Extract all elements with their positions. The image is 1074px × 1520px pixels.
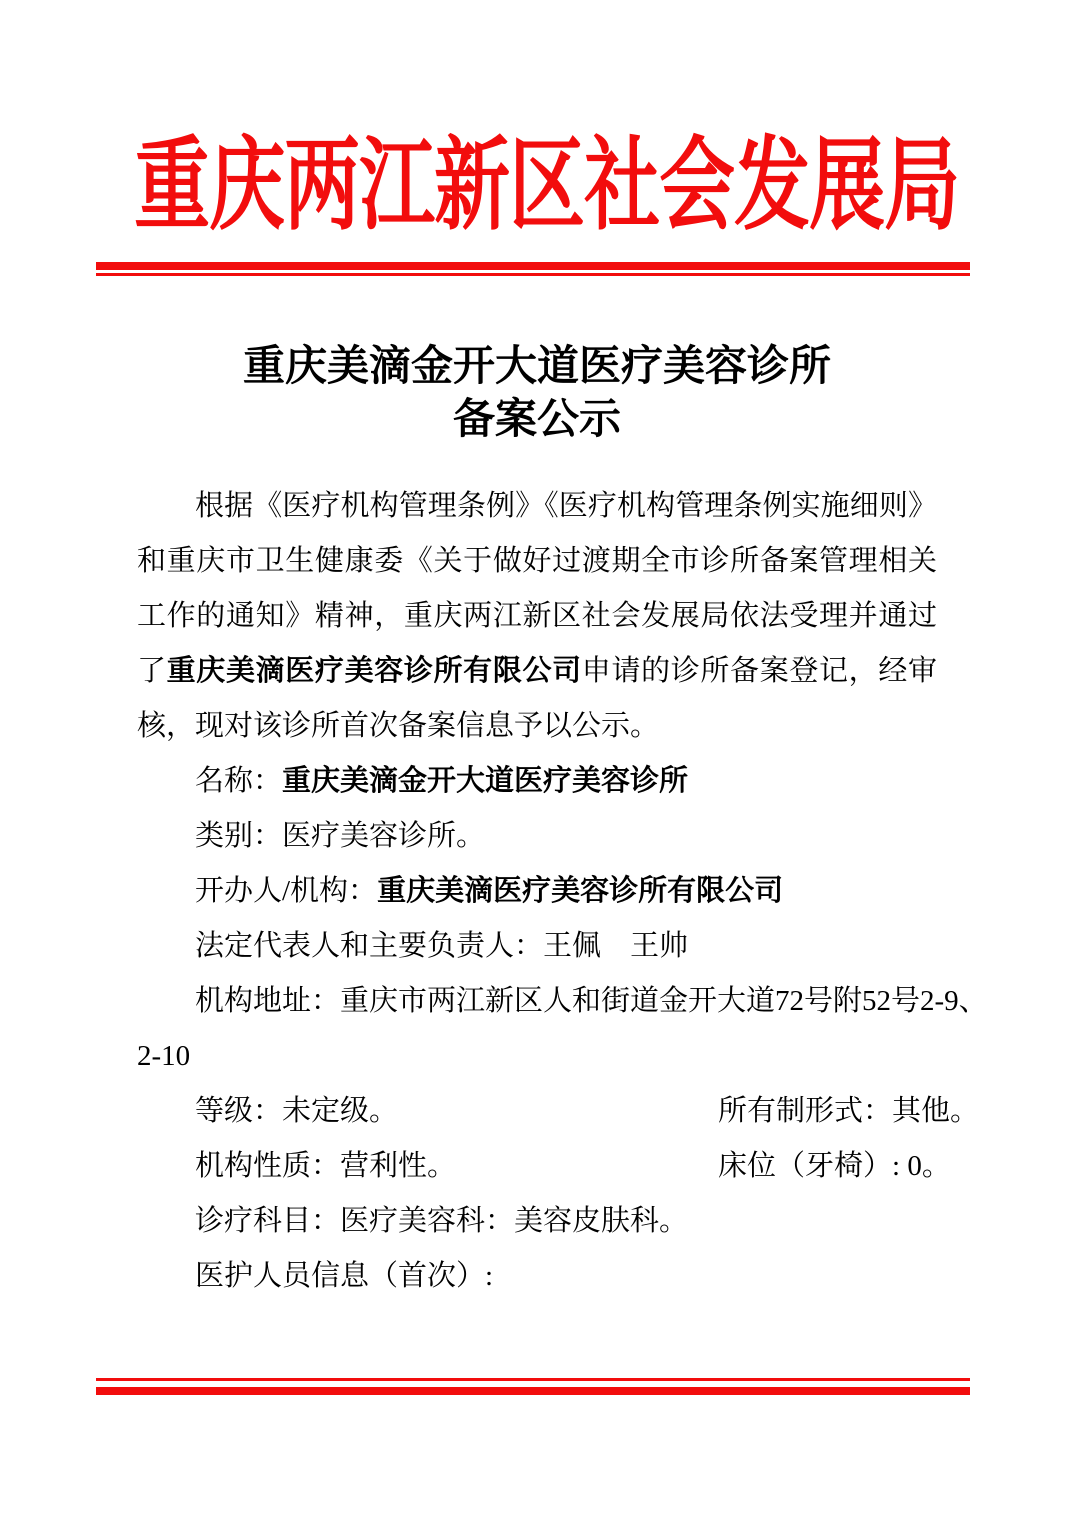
field-departments-value: 医疗美容科：美容皮肤科。 bbox=[340, 1205, 688, 1237]
field-nature-label: 机构性质： bbox=[195, 1150, 340, 1182]
field-clinic-name: 名称：重庆美滴金开大道医疗美容诊所 bbox=[137, 754, 937, 809]
field-legal-representative-value: 王佩 王帅 bbox=[543, 930, 688, 962]
footer-rule-thin bbox=[96, 1378, 970, 1381]
field-ownership: 所有制形式：其他。 bbox=[660, 1084, 979, 1139]
field-departments-label: 诊疗科目： bbox=[195, 1205, 340, 1237]
field-founder: 开办人/机构：重庆美滴医疗美容诊所有限公司 bbox=[137, 864, 937, 919]
agency-letterhead-title: 重庆两江新区社会发展局 bbox=[134, 130, 940, 243]
intro-company-name-bold: 重庆美滴医疗美容诊所有限公司 bbox=[167, 655, 582, 687]
document-title: 重庆美滴金开大道医疗美容诊所 备案公示 bbox=[0, 341, 1074, 447]
field-nature: 机构性质：营利性。 bbox=[195, 1150, 456, 1182]
field-legal-representative: 法定代表人和主要负责人：王佩 王帅 bbox=[137, 919, 937, 974]
field-address-value-line2: 2-10 bbox=[137, 1040, 190, 1072]
field-founder-label: 开办人/机构： bbox=[195, 875, 377, 907]
field-grade-label: 等级： bbox=[195, 1095, 282, 1127]
document-title-line1: 重庆美滴金开大道医疗美容诊所 bbox=[0, 341, 1074, 394]
field-category-label: 类别： bbox=[195, 820, 282, 852]
field-address: 机构地址：重庆市两江新区人和街道金开大道72号附52号2-9、2-10 bbox=[137, 974, 937, 1084]
field-clinic-name-label: 名称： bbox=[195, 765, 282, 797]
field-category-value: 医疗美容诊所。 bbox=[282, 820, 485, 852]
notice-body: 根据《医疗机构管理条例》《医疗机构管理条例实施细则》和重庆市卫生健康委《关于做好… bbox=[137, 479, 937, 1304]
field-legal-representative-label: 法定代表人和主要负责人： bbox=[195, 930, 543, 962]
field-ownership-label: 所有制形式： bbox=[718, 1095, 892, 1127]
official-notice-page: 重庆两江新区社会发展局 重庆美滴金开大道医疗美容诊所 备案公示 根据《医疗机构管… bbox=[0, 0, 1074, 1520]
letterhead-rule-thin bbox=[96, 273, 970, 276]
document-title-line2: 备案公示 bbox=[0, 394, 1074, 447]
field-staff-info: 医护人员信息（首次）: bbox=[137, 1249, 937, 1304]
field-ownership-value: 其他。 bbox=[892, 1095, 979, 1127]
footer-rule-thick bbox=[96, 1387, 970, 1395]
field-beds-value: 0。 bbox=[907, 1150, 951, 1182]
field-beds: 床位（牙椅）: 0。 bbox=[660, 1139, 951, 1194]
field-grade: 等级：未定级。 bbox=[195, 1095, 398, 1127]
row-nature-beds: 机构性质：营利性。床位（牙椅）: 0。 bbox=[137, 1139, 937, 1194]
field-founder-value: 重庆美滴医疗美容诊所有限公司 bbox=[377, 875, 783, 907]
field-address-label: 机构地址： bbox=[195, 985, 340, 1017]
row-grade-ownership: 等级：未定级。所有制形式：其他。 bbox=[137, 1084, 937, 1139]
field-staff-info-label: 医护人员信息（首次）: bbox=[195, 1260, 493, 1292]
field-clinic-name-value: 重庆美滴金开大道医疗美容诊所 bbox=[282, 765, 688, 797]
field-beds-label: 床位（牙椅）: bbox=[718, 1150, 907, 1182]
intro-paragraph: 根据《医疗机构管理条例》《医疗机构管理条例实施细则》和重庆市卫生健康委《关于做好… bbox=[137, 479, 937, 754]
field-grade-value: 未定级。 bbox=[282, 1095, 398, 1127]
field-departments: 诊疗科目：医疗美容科：美容皮肤科。 bbox=[137, 1194, 937, 1249]
letterhead-rule-thick bbox=[96, 262, 970, 270]
field-address-value-line1: 重庆市两江新区人和街道金开大道72号附52号2-9、 bbox=[340, 985, 988, 1017]
field-category: 类别：医疗美容诊所。 bbox=[137, 809, 937, 864]
field-nature-value: 营利性。 bbox=[340, 1150, 456, 1182]
